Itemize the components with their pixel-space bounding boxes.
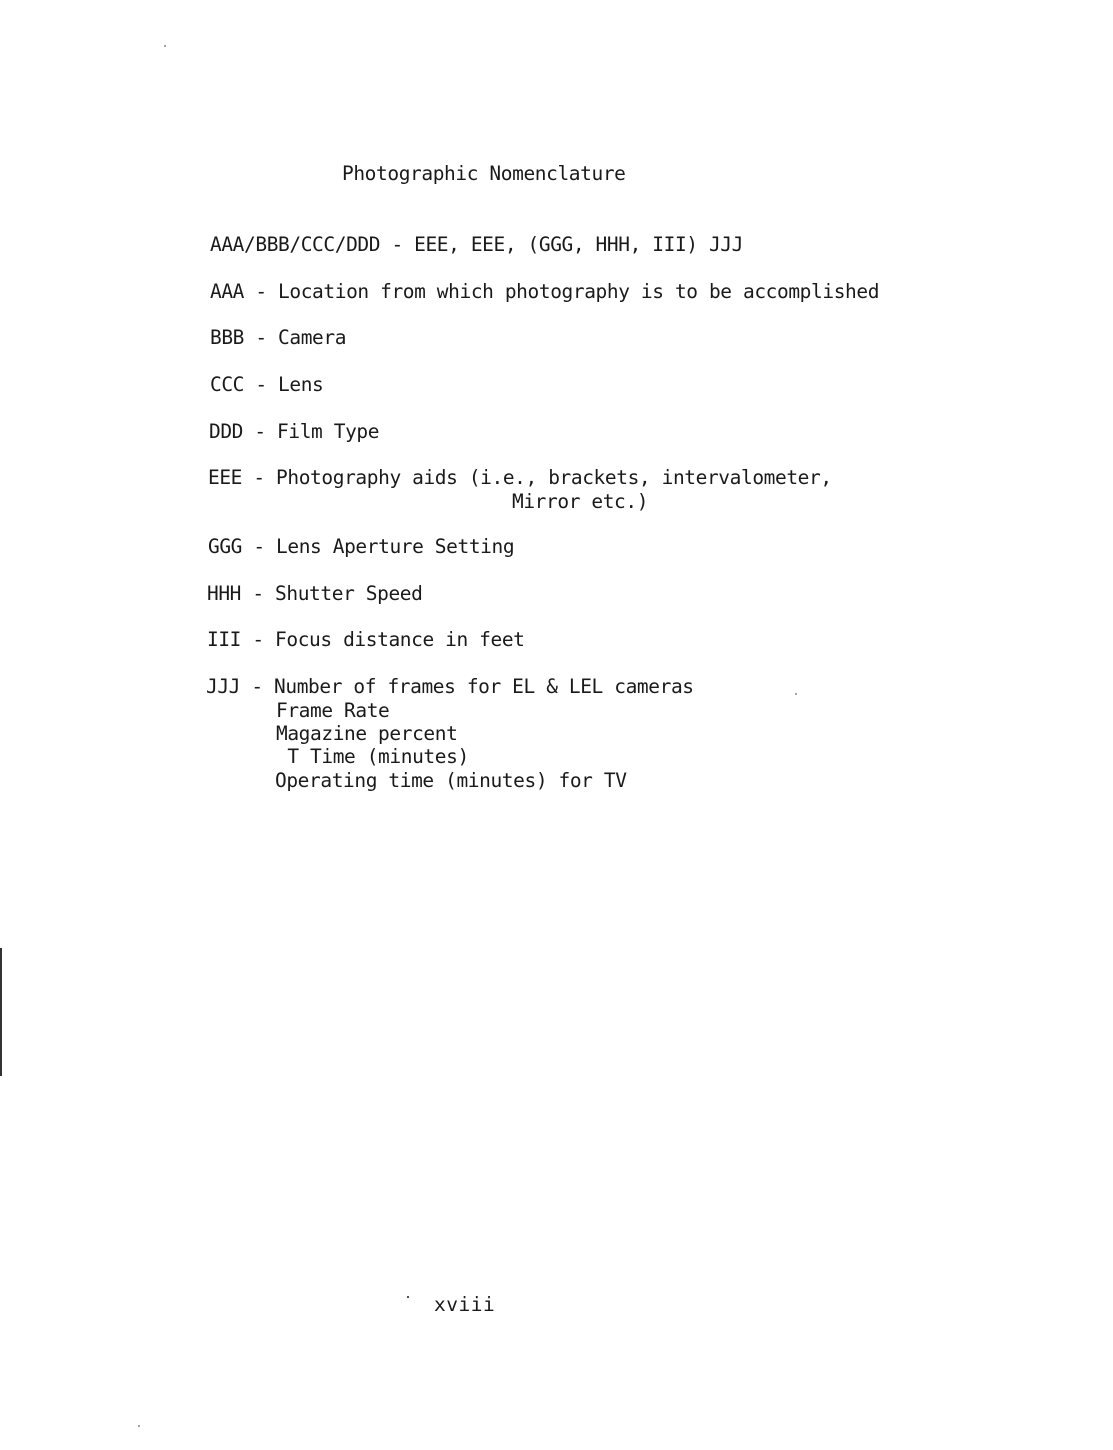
entry-ggg: GGG - Lens Aperture Setting [208, 535, 514, 559]
page-title: Photographic Nomenclature [342, 162, 626, 185]
entry-jjj-line-2: Frame Rate [276, 699, 389, 723]
entry-ddd: DDD - Film Type [209, 420, 379, 444]
page-number: xviii [434, 1293, 495, 1316]
entry-ccc: CCC - Lens [210, 373, 323, 397]
entry-iii: III - Focus distance in feet [207, 628, 525, 652]
entry-aaa: AAA - Location from which photography is… [210, 280, 879, 304]
entry-jjj-line-5: Operating time (minutes) for TV [275, 769, 627, 793]
entry-jjj: JJJ - Number of frames for EL & LEL came… [206, 675, 694, 699]
entry-jjj-line-3: Magazine percent [276, 722, 457, 746]
scan-speck [164, 45, 166, 47]
scan-speck [138, 1425, 140, 1427]
format-line: AAA/BBB/CCC/DDD - EEE, EEE, (GGG, HHH, I… [210, 233, 743, 257]
entry-hhh: HHH - Shutter Speed [207, 582, 422, 606]
scan-speck [795, 693, 797, 695]
entry-eee: EEE - Photography aids (i.e., brackets, … [208, 466, 832, 490]
document-page: Photographic Nomenclature AAA/BBB/CCC/DD… [0, 0, 1113, 1450]
entry-eee-continuation: Mirror etc.) [512, 490, 648, 514]
entry-jjj-line-4: T Time (minutes) [276, 745, 469, 769]
scan-speck [407, 1296, 409, 1298]
entry-bbb: BBB - Camera [210, 326, 346, 350]
scan-edge-mark [0, 948, 2, 1076]
